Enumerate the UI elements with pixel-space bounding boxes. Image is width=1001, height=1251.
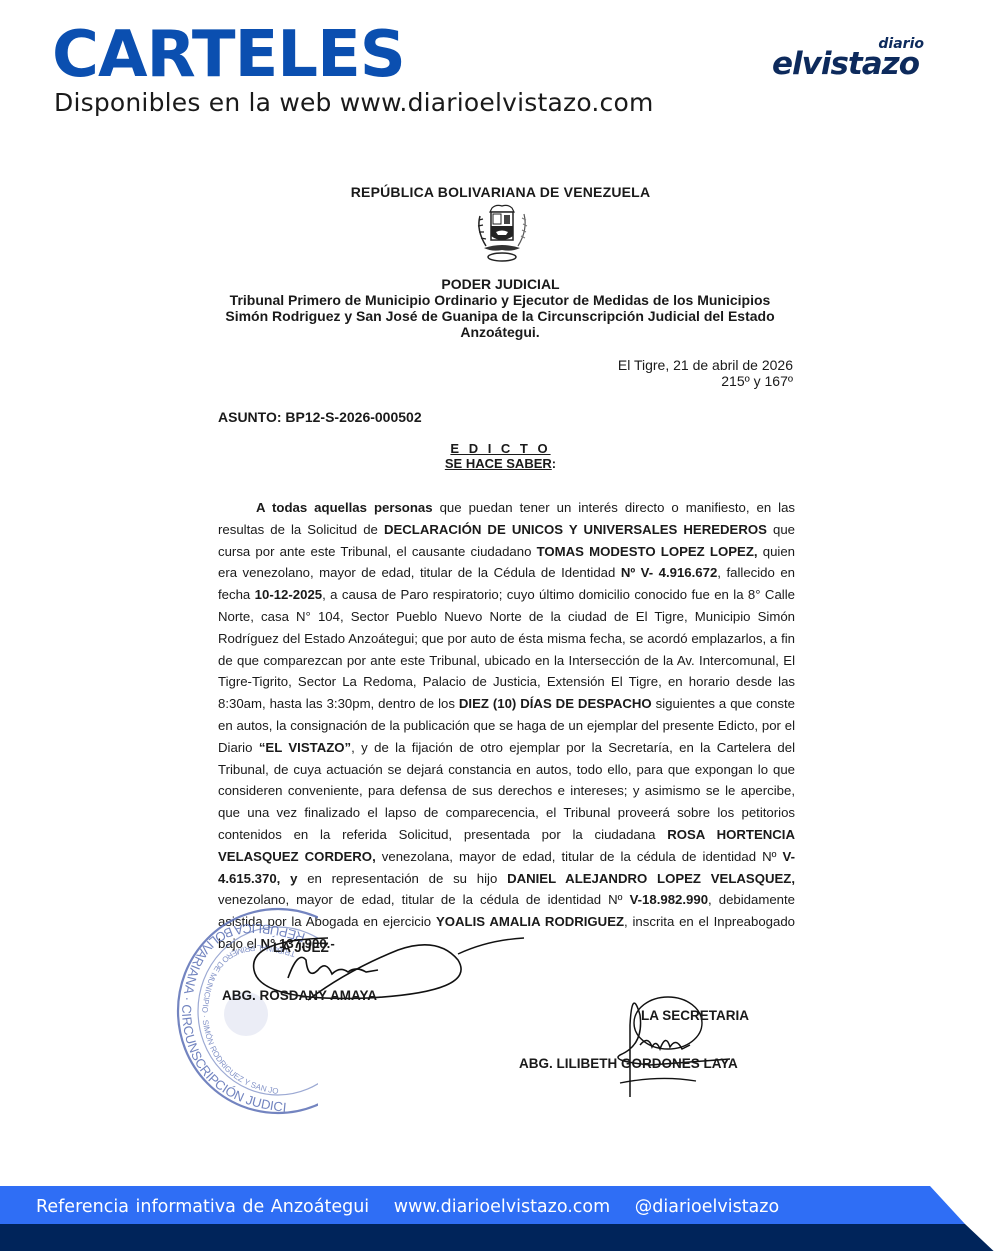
body-bold-text: 10-12-2025 — [255, 587, 322, 602]
body-bold-text: DIEZ (10) DÍAS DE DESPACHO — [459, 696, 652, 711]
footer-social-handle[interactable]: @diarioelvistazo — [635, 1197, 779, 1217]
footer-band — [0, 1186, 1001, 1251]
body-bold-text: V-18.982.990 — [630, 892, 708, 907]
tribunal-line: Anzoátegui. — [200, 324, 800, 340]
footer-tagline: Referencia informativa de Anzoátegui — [36, 1197, 369, 1217]
page-title: CARTELES — [52, 20, 405, 90]
body-bold-text: DECLARACIÓN DE UNICOS Y UNIVERSALES HERE… — [384, 522, 767, 537]
body-bold-text: A todas aquellas personas — [256, 500, 433, 515]
edicto-heading: E D I C T O SE HACE SABER: — [0, 441, 1001, 471]
logo-main-text: elvistazo — [772, 46, 919, 82]
judge-role: LA JUEZ — [273, 940, 329, 955]
body-text: , a causa de Paro respiratorio; cuyo últ… — [218, 587, 795, 711]
case-subject: ASUNTO: BP12-S-2026-000502 — [218, 409, 422, 425]
body-text: venezolana, mayor de edad, titular de la… — [376, 849, 783, 864]
body-bold-text: DANIEL ALEJANDRO LOPEZ VELASQUEZ, — [507, 871, 795, 886]
body-bold-text: Nº V- 4.916.672 — [621, 565, 717, 580]
edict-body: A todas aquellas personas que puedan ten… — [218, 497, 795, 955]
place-date: El Tigre, 21 de abril de 2026 215º y 167… — [618, 357, 793, 389]
country-heading: REPÚBLICA BOLIVARIANA DE VENEZUELA — [0, 184, 1001, 200]
body-bold-text: TOMAS MODESTO LOPEZ LOPEZ, — [537, 544, 758, 559]
edicto-title: E D I C T O — [0, 441, 1001, 456]
secretary-role: LA SECRETARIA — [641, 1008, 749, 1023]
footer-website-link[interactable]: www.diarioelvistazo.com — [394, 1197, 610, 1217]
footer-text: Referencia informativa de Anzoátegui www… — [36, 1197, 797, 1217]
elvistazo-logo: diario elvistazo — [772, 36, 952, 86]
tribunal-line: Simón Rodriguez y San José de Guanipa de… — [200, 308, 800, 324]
body-text: en representación de su hijo — [297, 871, 507, 886]
secretary-name: ABG. LILIBETH GORDONES LAYA — [519, 1056, 738, 1071]
edicto-colon: : — [552, 456, 556, 471]
body-bold-text: “EL VISTAZO” — [259, 740, 351, 755]
tribunal-heading: Tribunal Primero de Municipio Ordinario … — [200, 292, 800, 340]
tribunal-line: Tribunal Primero de Municipio Ordinario … — [200, 292, 800, 308]
secretary-signature — [600, 985, 730, 1100]
website-subtitle: Disponibles en la web www.diarioelvistaz… — [54, 88, 654, 117]
edicto-subtitle: SE HACE SABER — [445, 456, 552, 471]
date-line: El Tigre, 21 de abril de 2026 — [618, 357, 793, 373]
judicial-power-heading: PODER JUDICIAL — [0, 276, 1001, 292]
years-line: 215º y 167º — [618, 373, 793, 389]
coat-of-arms-icon — [472, 202, 532, 264]
judge-name: ABG. ROSDANY AMAYA — [222, 988, 377, 1003]
body-bold-text: YOALIS AMALIA RODRIGUEZ — [436, 914, 624, 929]
